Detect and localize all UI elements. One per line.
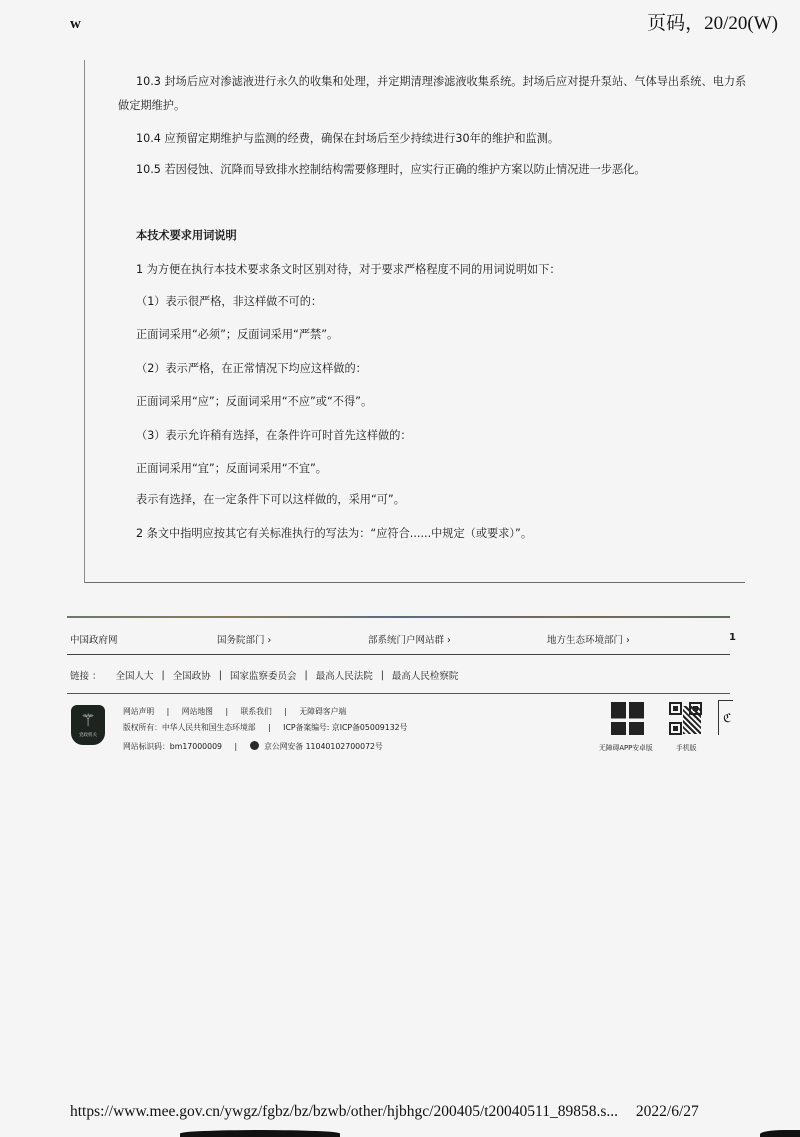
accessibility-icon: ℭ: [723, 711, 731, 725]
nav-link-ministry-sites[interactable]: 部系统门户网站群 ›: [368, 632, 451, 646]
terms-line: （1）表示很严格，非这样做不可的：: [136, 295, 322, 308]
qr-code-mobile: [669, 702, 702, 735]
qr-label: 手机版: [676, 742, 696, 752]
link-npc[interactable]: 全国人大: [116, 668, 154, 682]
police-badge-icon: [250, 741, 259, 750]
logo-text: 党政机关: [79, 732, 97, 738]
separator: |: [162, 670, 165, 681]
link-supervision-commission[interactable]: 国家监察委员会: [230, 668, 297, 682]
print-url: https://www.mee.gov.cn/ywgz/fgbz/bz/bzwb…: [70, 1103, 618, 1120]
print-footer: https://www.mee.gov.cn/ywgz/fgbz/bz/bzwb…: [70, 1103, 770, 1121]
link-supreme-procuratorate[interactable]: 最高人民检察院: [392, 668, 459, 682]
separator: |: [381, 670, 384, 681]
nav-link-gov[interactable]: 中国政府网: [70, 632, 118, 646]
terms-line: 正面词采用“应”；反面词采用“不应”或“不得”。: [136, 395, 372, 408]
separator: |: [284, 707, 287, 716]
terms-line: 正面词采用“必须”；反面词采用“严禁”。: [136, 328, 338, 341]
link-accessibility-client[interactable]: 无障碍客户端: [299, 707, 346, 716]
separator: |: [167, 707, 170, 716]
terms-heading: 本技术要求用词说明: [136, 229, 237, 242]
page-indicator: 页码，20/20(W): [647, 8, 778, 35]
separator: |: [219, 670, 222, 681]
paragraph-10-3: 10.3 封场后应对渗滤液进行永久的收集和处理，并定期清理渗滤液收集系统。封场后…: [136, 75, 746, 88]
nav-link-local-depts[interactable]: 地方生态环境部门 ›: [547, 632, 630, 646]
police-record[interactable]: 京公网安备 11040102700072号: [264, 742, 383, 751]
scan-shadow: [180, 1130, 340, 1137]
scan-shadow: [760, 1130, 800, 1137]
qr-label: 无障碍APP安卓版: [599, 742, 653, 752]
footer-links: 网站声明 | 网站地图 | 联系我们 | 无障碍客户端: [123, 706, 346, 717]
separator: |: [268, 723, 271, 732]
side-widget[interactable]: ℭ: [718, 700, 733, 735]
terms-line: 正面词采用“宜”；反面词采用“不宜”。: [136, 462, 327, 475]
copyright-line: 版权所有：中华人民共和国生态环境部 | ICP备案编号: 京ICP备050091…: [123, 722, 407, 733]
terms-line: 1 为方便在执行本技术要求条文时区别对待，对于要求严格程度不同的用词说明如下：: [136, 263, 561, 276]
separator: |: [225, 707, 228, 716]
qr-pattern: [683, 706, 701, 734]
related-links: 链接 ： 全国人大 | 全国政协 | 国家监察委员会 | 最高人民法院 | 最高…: [70, 668, 458, 682]
print-header-mark: w: [70, 16, 81, 33]
terms-line: 2 条文中指明应按其它有关标准执行的写法为：“应符合......中规定（或要求）…: [136, 527, 532, 540]
nav-cut-glyph: 1: [729, 632, 736, 643]
link-site-statement[interactable]: 网站声明: [123, 707, 154, 716]
terms-line: （2）表示严格，在正常情况下均应这样做的：: [136, 362, 367, 375]
terms-line: （3）表示允许稍有选择，在条件许可时首先这样做的：: [136, 429, 412, 442]
footer-divider: [67, 616, 730, 618]
copyright: 版权所有：中华人民共和国生态环境部: [123, 723, 256, 732]
paragraph-10-5: 10.5 若因侵蚀、沉降而导致排水控制结构需要修理时，应实行正确的维护方案以防止…: [136, 163, 646, 176]
link-sitemap[interactable]: 网站地图: [182, 707, 213, 716]
links-label: 链接 ：: [70, 668, 102, 682]
link-contact[interactable]: 联系我们: [241, 707, 272, 716]
site-id-line: 网站标识码：bm17000009 | 京公网安备 11040102700072号: [123, 741, 383, 752]
print-date: 2022/6/27: [636, 1103, 699, 1120]
link-supreme-court[interactable]: 最高人民法院: [316, 668, 373, 682]
site-id: 网站标识码：bm17000009: [123, 742, 222, 751]
qr-code-android-app: [611, 702, 644, 735]
qr-finder: [669, 722, 682, 735]
separator: |: [304, 670, 307, 681]
icp-record: ICP备案编号: 京ICP备05009132号: [283, 723, 407, 732]
party-gov-logo[interactable]: ⚚ 党政机关: [71, 705, 105, 745]
nav-link-state-council-depts[interactable]: 国务院部门 ›: [217, 632, 271, 646]
paragraph-10-4: 10.4 应预留定期维护与监测的经费，确保在封场后至少持续进行30年的维护和监测…: [136, 132, 559, 145]
terms-line: 表示有选择，在一定条件下可以这样做的，采用“可”。: [136, 493, 405, 506]
link-cppcc[interactable]: 全国政协: [173, 668, 211, 682]
footer-divider: [67, 654, 730, 655]
footer-divider: [67, 693, 730, 694]
qr-finder: [669, 702, 682, 715]
paragraph-10-3-continuation: 做定期维护。: [118, 99, 185, 112]
emblem-icon: ⚚: [80, 712, 95, 730]
separator: |: [235, 742, 238, 751]
